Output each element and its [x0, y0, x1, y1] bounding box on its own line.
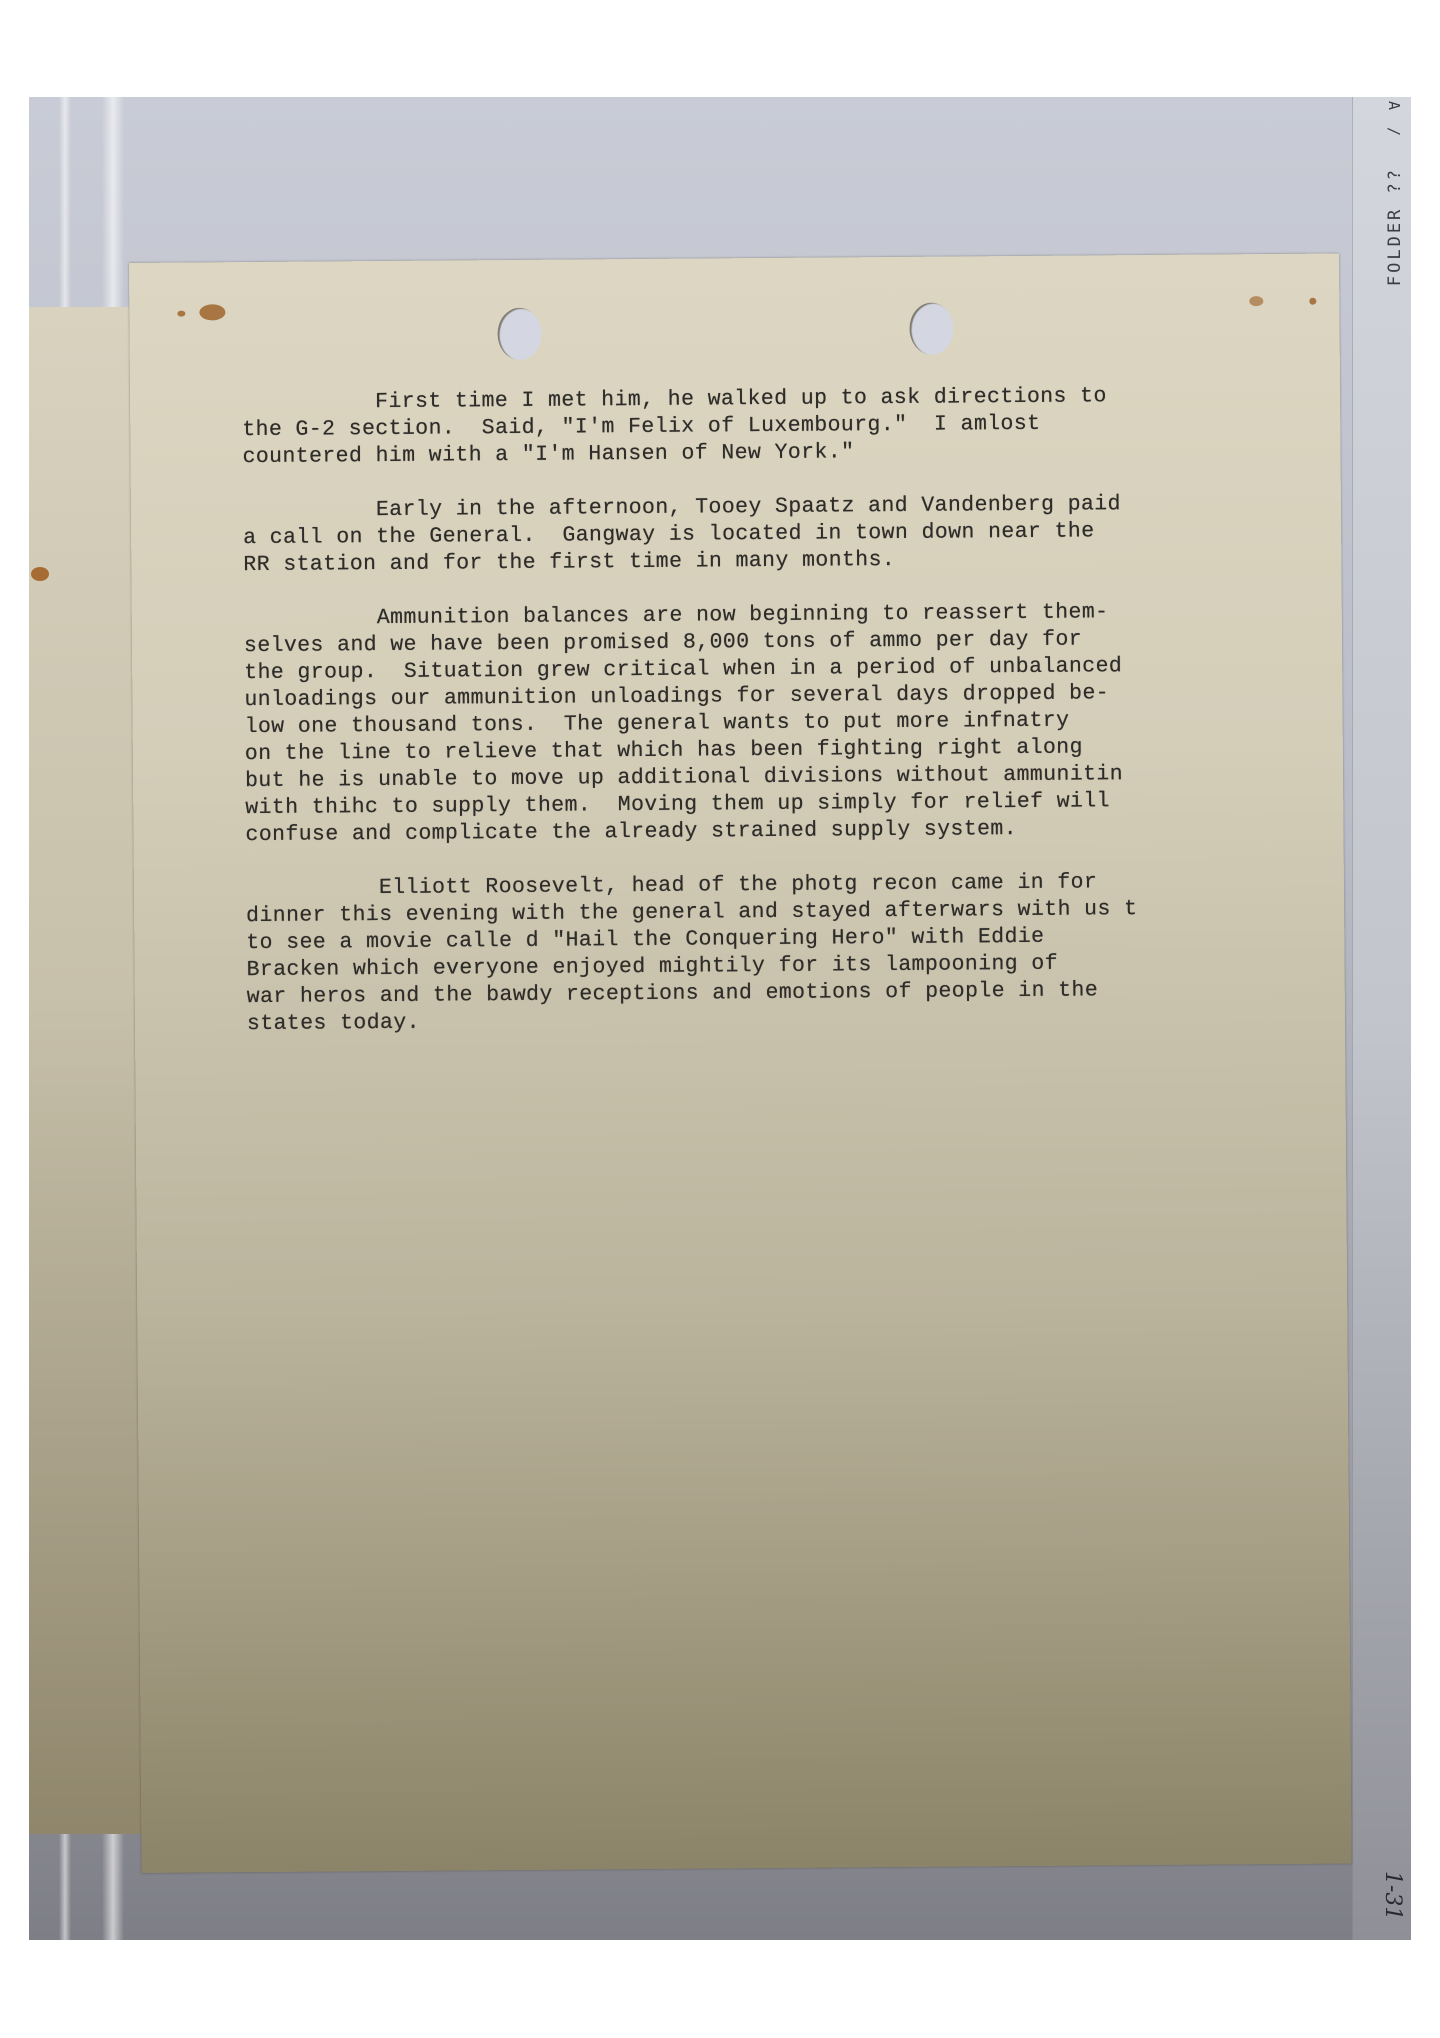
rust-stain	[1249, 296, 1263, 306]
punch-hole	[497, 308, 541, 360]
folder-tab: A / FOLDER ?? 1-31	[1352, 97, 1411, 1940]
rust-stain	[31, 567, 49, 581]
paragraph: First time I met him, he walked up to as…	[242, 382, 1243, 471]
rust-stain	[1309, 298, 1316, 305]
folder-label: FOLDER ??	[1385, 167, 1405, 286]
typed-sheet: First time I met him, he walked up to as…	[129, 253, 1352, 1872]
rust-stain	[199, 304, 225, 320]
punch-hole	[909, 303, 953, 355]
rust-stain	[177, 311, 185, 317]
paragraph: Ammunition balances are now beginning to…	[244, 598, 1246, 849]
page-number: 1-31	[1380, 1871, 1405, 1920]
typed-text: First time I met him, he walked up to as…	[242, 382, 1247, 1065]
paragraph: Early in the afternoon, Tooey Spaatz and…	[243, 490, 1244, 579]
paragraph: Elliott Roosevelt, head of the photg rec…	[246, 868, 1247, 1038]
document-photo: A / FOLDER ?? 1-31 First time I met him,…	[29, 97, 1411, 1940]
folder-label-prefix: A /	[1385, 101, 1403, 140]
